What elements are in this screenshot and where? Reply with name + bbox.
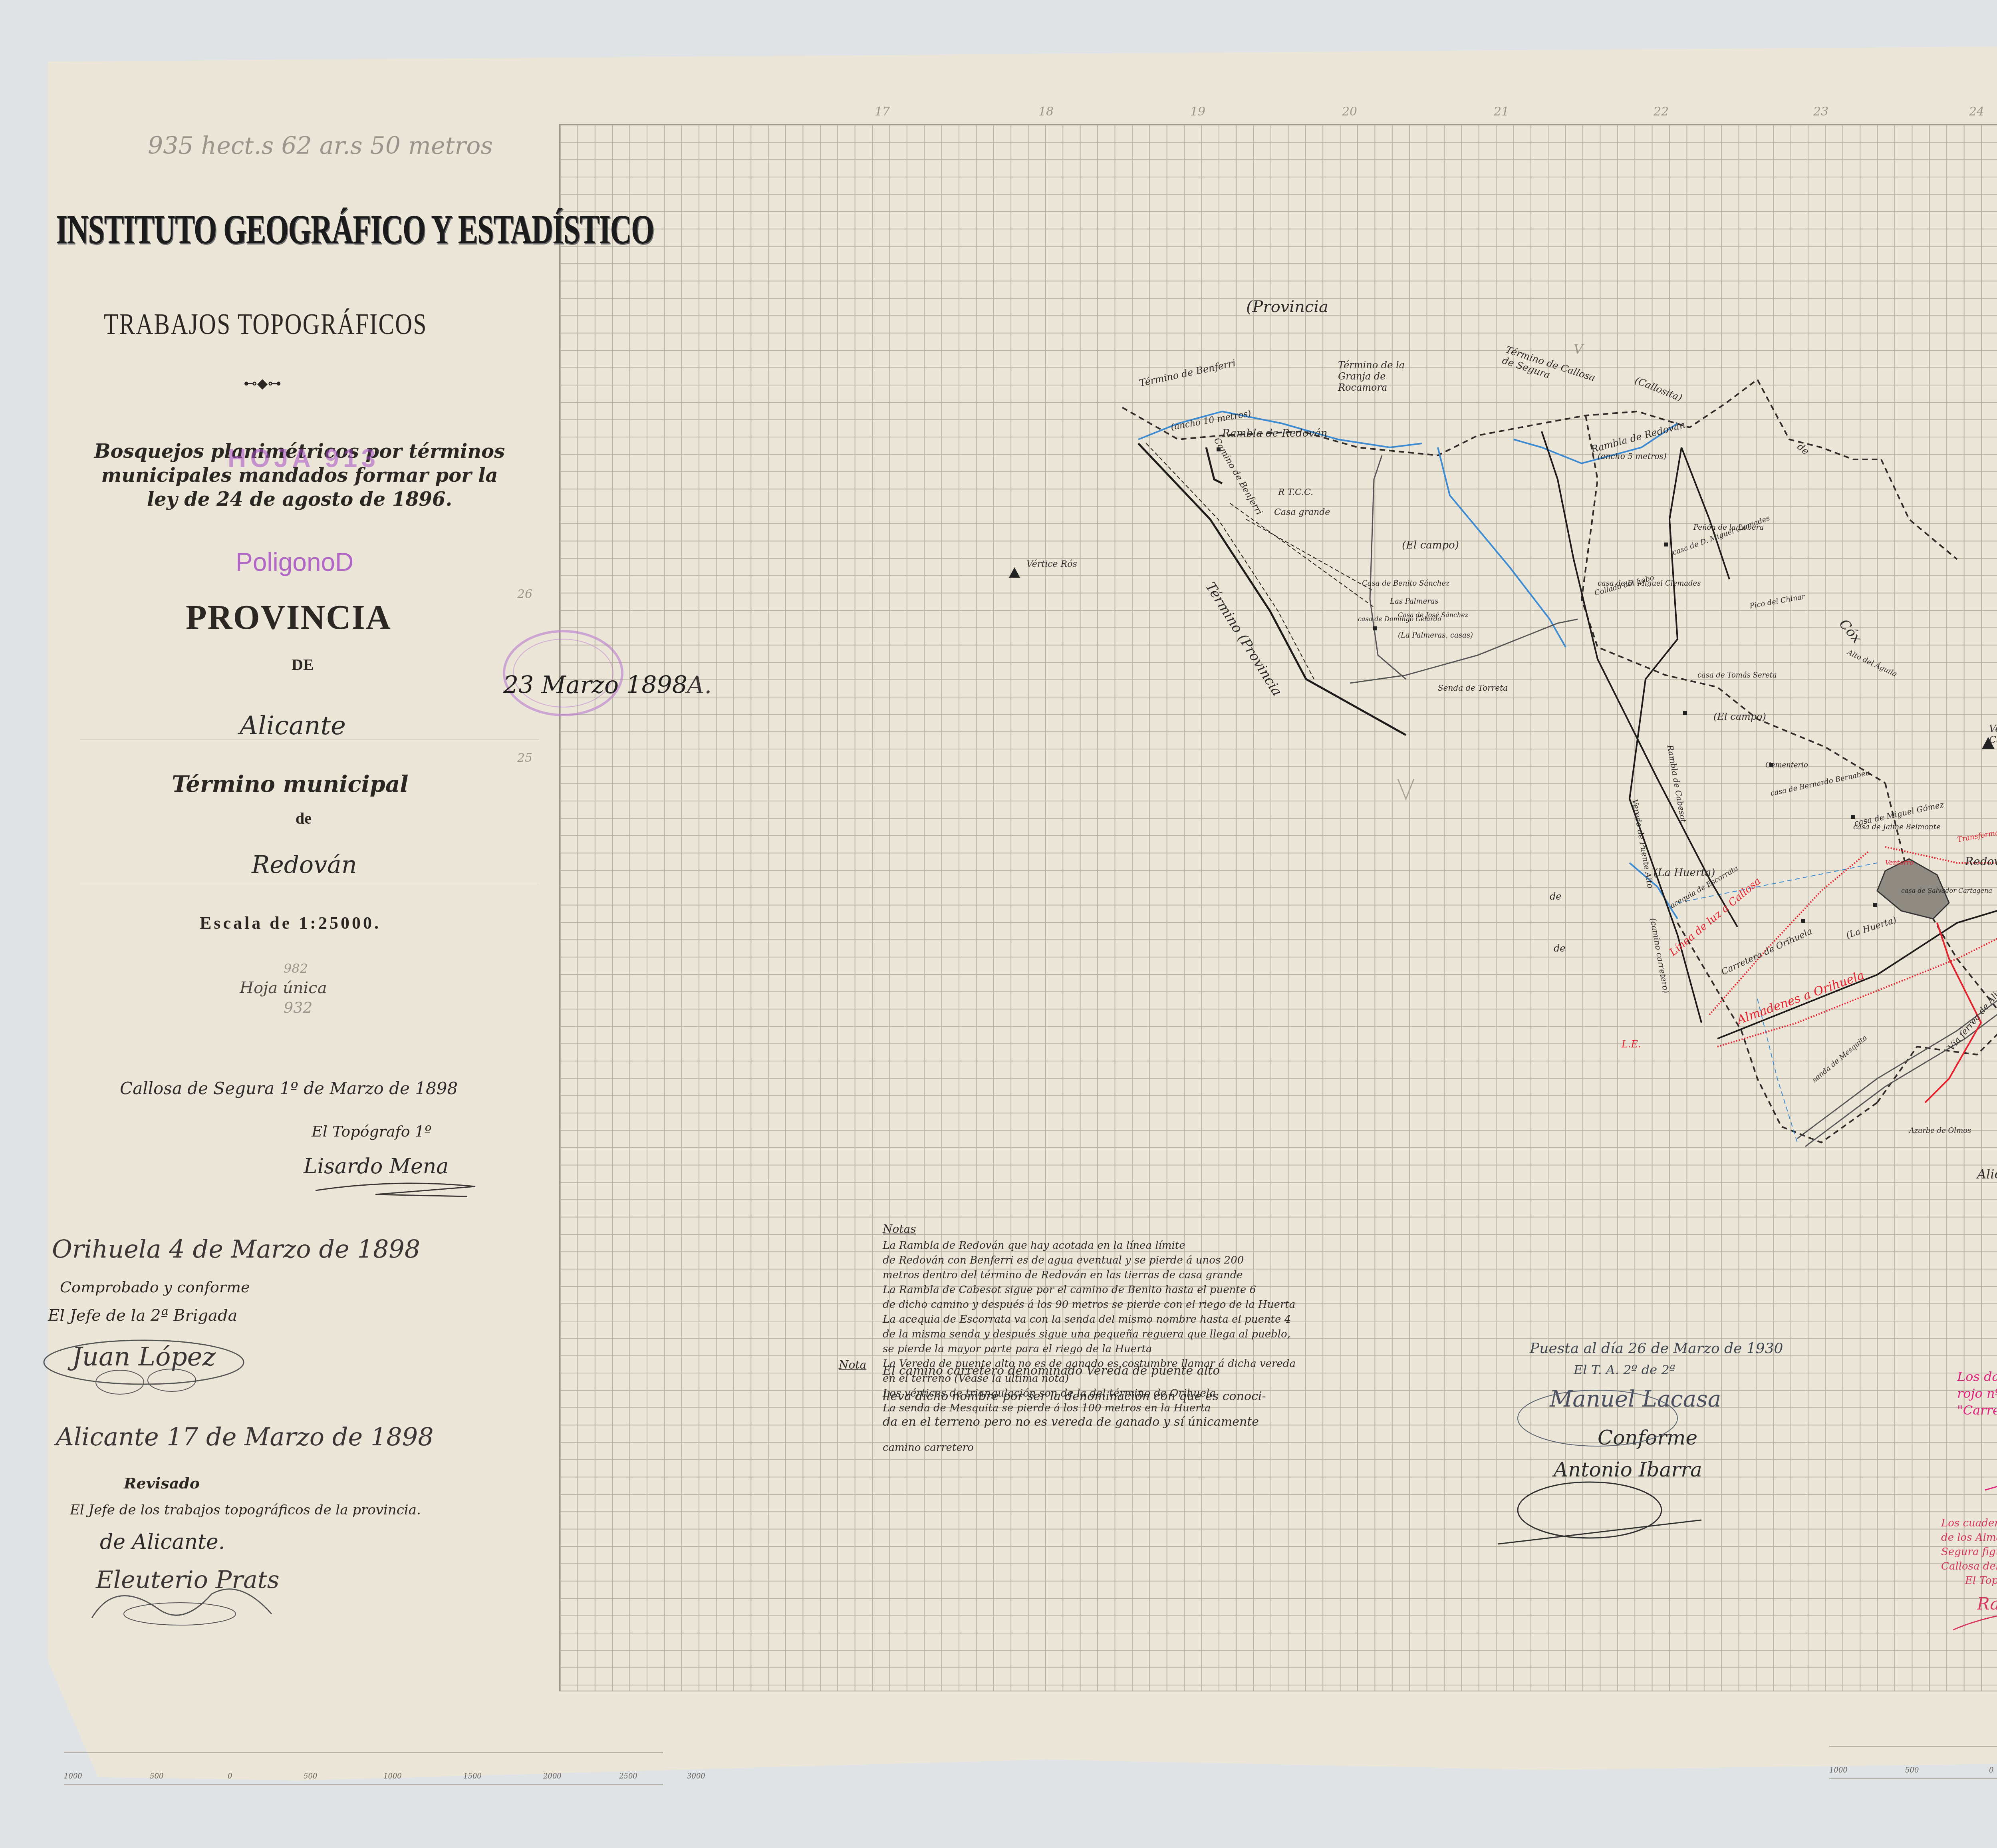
itinerario-20 <box>1925 923 1981 1103</box>
label-las-palmeras: Las Palmeras <box>1390 597 1439 606</box>
label-ventorro: Ventorro <box>1885 859 1914 866</box>
label-casa-tomas: casa de Tomás Sereta <box>1697 671 1777 680</box>
label-termino-granja: Término de la Granja de Rocamora <box>1338 360 1426 393</box>
label-casa-grande: Casa grande <box>1274 507 1330 517</box>
label-ancho-5: (ancho 5 metros) <box>1598 451 1667 461</box>
label-le: L.E. <box>1622 1039 1641 1050</box>
label-cementerio: Cementerio <box>1765 761 1808 769</box>
scale-bar-right: 1000 500 0 500 1000 1500 2000 2500 3000 <box>1829 1746 1997 1779</box>
label-casa-jose-sanchez: Casa de José Sánchez <box>1398 611 1468 619</box>
label-vertice-callosa: Vértice Callosa <box>1989 723 1997 745</box>
eastern-boundary <box>1582 415 1885 783</box>
label-azarbe-olmos: Azarbe de Olmos <box>1909 1127 1971 1135</box>
label-el-campo-2: (El campo) <box>1713 711 1766 722</box>
label-penon-lobera: Peñón de la Lobera <box>1693 523 1764 532</box>
southern-boundary <box>1677 923 1877 1143</box>
label-tcc: R T.C.C. <box>1278 487 1313 497</box>
label-senda-torreta: Senda de Torreta <box>1438 683 1508 693</box>
label-rambla-redovan: Rambla de Redován <box>1222 427 1328 439</box>
label-de-left-1: de <box>1550 891 1562 902</box>
label-la-huerta-1: (La Huerta) <box>1654 867 1715 879</box>
label-vertice-ros: Vértice Rós <box>1026 559 1077 569</box>
vertice-ros-icon <box>1009 567 1020 578</box>
scale-bar-left: 1000 500 0 500 1000 1500 2000 2500 3000 <box>64 1752 663 1785</box>
label-la-palmeras-casas: (La Palmeras, casas) <box>1398 631 1473 640</box>
label-provincia-top: (Provincia <box>1246 298 1328 316</box>
label-casa-jaime: casa de Jaime Belmonte <box>1853 823 1941 831</box>
label-pencil-v: V <box>1574 342 1583 357</box>
label-casa-salvador: casa de Salvador Cartagena <box>1901 887 1992 894</box>
label-el-campo-1: (El campo) <box>1402 539 1459 551</box>
label-alicante-bottom: Alicante) <box>1977 1166 1997 1182</box>
label-casa-benito: Casa de Benito Sánchez <box>1362 579 1450 588</box>
label-redovan-villa: Redován (villa) <box>1965 855 1997 868</box>
label-de-left-2: de <box>1554 943 1566 954</box>
